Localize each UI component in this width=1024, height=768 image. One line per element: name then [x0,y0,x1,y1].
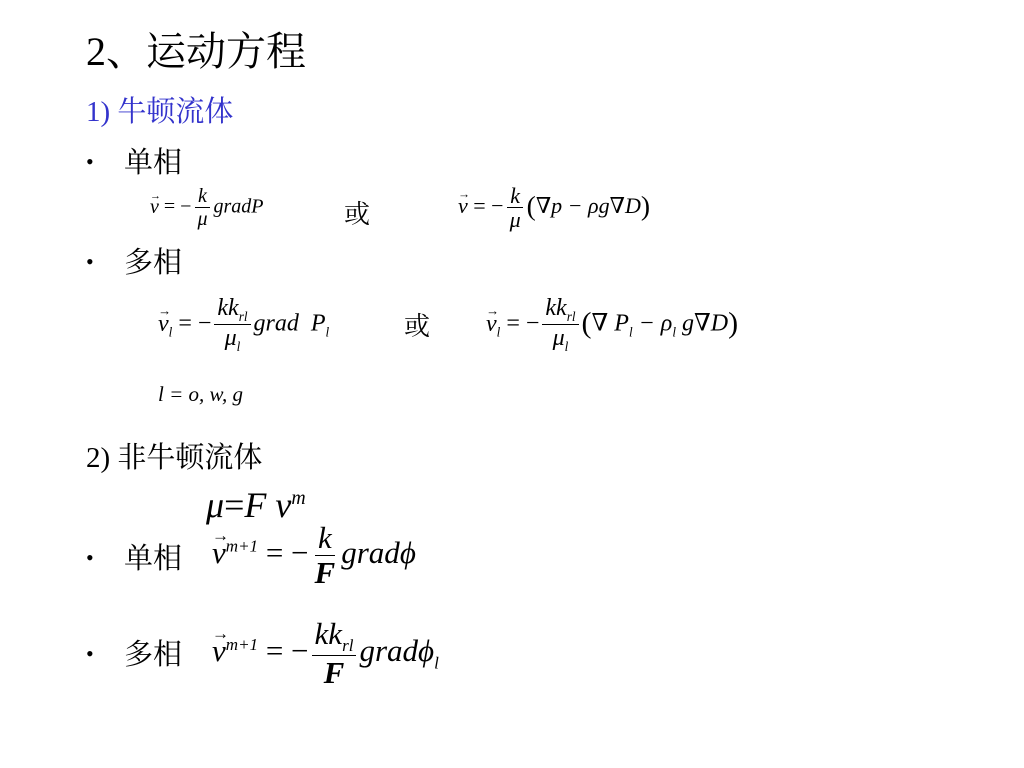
fraction: kF [312,522,339,590]
bullet-single-phase: •单相 [86,144,182,181]
bullet-dot: • [86,540,124,576]
phase-index-definition: l = o, w, g [158,382,243,407]
bullet-label: 单相 [124,145,182,179]
equation-newtonian-single-nabla: v = −kμ(∇p − ρg∇D) [458,184,650,232]
bullet-label: 多相 [124,245,182,279]
section-newtonian-heading: 1) 牛顿流体 [86,94,233,130]
equation-non-newtonian-multi: vm+1 = −kkrlFgradϕl [212,618,439,690]
bullet-label: 单相 [124,541,182,575]
equation-newtonian-single-grad: v = −kμgradP [150,186,264,230]
or-text: 或 [344,194,370,231]
bullet-single-phase-nn: •单相 [86,540,182,577]
equation-newtonian-multi-grad: vl = −kkrlμlgrad Pl [158,296,329,354]
fraction: kμ [507,184,524,232]
or-text: 或 [404,306,430,343]
bullet-multi-phase: •多相 [86,244,182,281]
slide-title: 2、运动方程 [86,26,306,78]
bullet-label: 多相 [124,637,182,671]
fraction: kkrlμl [214,296,250,354]
fraction: kkrlμl [542,296,578,354]
bullet-dot: • [86,144,124,180]
fraction: kμ [194,186,210,230]
fraction: kkrlF [312,618,357,690]
bullet-dot: • [86,244,124,280]
bullet-multi-phase-nn: •多相 [86,636,182,673]
equation-newtonian-multi-nabla: vl = −kkrlμl(∇ Pl − ρl g∇D) [486,296,738,354]
equation-viscosity: μ=F vm [206,484,306,526]
section-non-newtonian-heading: 2) 非牛顿流体 [86,440,262,476]
bullet-dot: • [86,636,124,672]
equation-non-newtonian-single: vm+1 = −kFgradϕ [212,522,416,590]
